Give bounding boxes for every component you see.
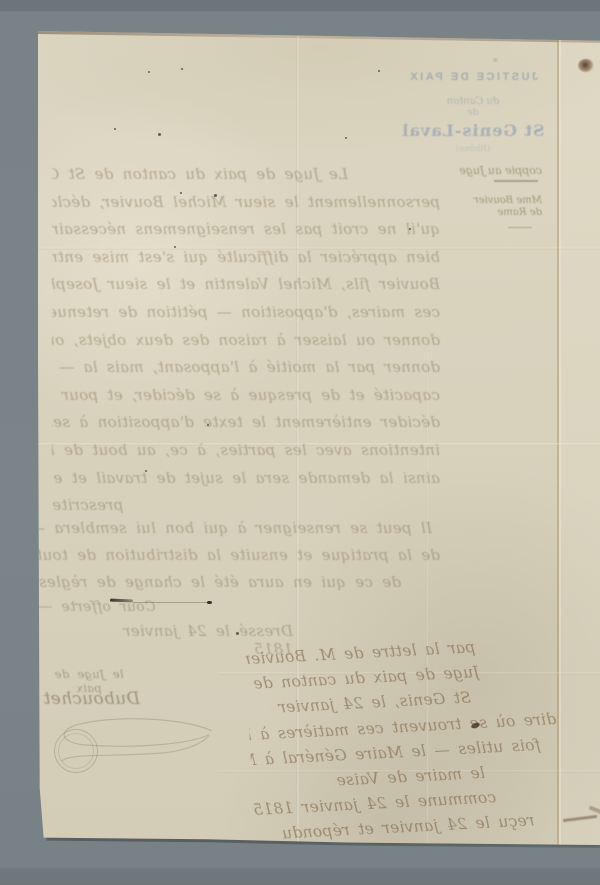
margin-note-line: de Rame xyxy=(444,207,542,218)
top-fold-line xyxy=(38,31,600,43)
margin-note-line: coppie au Juge xyxy=(444,164,542,177)
margin-note-underline xyxy=(494,180,538,182)
pen-scratch xyxy=(133,602,209,603)
ink-speck xyxy=(378,70,380,72)
ink-speck xyxy=(214,194,217,197)
handwriting-line: capacité et de presque à se décider, et … xyxy=(52,382,440,410)
ink-speck xyxy=(207,424,209,426)
handwriting-line: Le Juge de paix du canton de St Genis La… xyxy=(52,161,440,189)
stamp-de: de xyxy=(398,108,548,118)
stamp-canton: du Canton xyxy=(398,96,548,107)
catchword-line: Cour offerte — xyxy=(38,599,440,615)
handwriting-line: donner ou laisser à raison des deux obje… xyxy=(52,327,440,355)
handwriting-line: de la pratique et ensuite la distributio… xyxy=(38,542,440,569)
ink-speck xyxy=(145,470,147,472)
stamp-title: JUSTICE DE PAIX xyxy=(398,71,548,83)
handwriting-line: personnellement le sieur Michel Bouvier,… xyxy=(52,189,440,217)
ink-speck xyxy=(114,128,116,130)
stamp-departement: (Rhône) xyxy=(398,144,548,154)
ink-speck xyxy=(158,133,161,136)
ink-speck xyxy=(180,192,182,194)
ink-speck xyxy=(236,632,239,635)
embossed-seal xyxy=(54,729,98,773)
handwriting-line: donner par la moitié à l'apposant, mais … xyxy=(52,354,440,382)
verso-handwriting: par la lettre de M. Bouvier leJuge de pa… xyxy=(245,631,567,849)
paper-sheet: JUSTICE DE PAIX du Canton de St Genis-La… xyxy=(38,31,600,845)
ink-stain xyxy=(492,57,499,63)
handwriting-line: Il peut se renseigner à qui bon lui semb… xyxy=(38,515,432,542)
stamp-commune: St Genis-Laval xyxy=(398,121,548,140)
handwriting-line: bien apprécier la difficulté qui s'est m… xyxy=(52,244,440,272)
margin-note-line: Mme Bouvier xyxy=(444,195,542,206)
ink-speck xyxy=(148,71,150,73)
ink-speck xyxy=(174,246,176,248)
second-leaf-edge xyxy=(557,39,600,845)
handwriting-line: ces maires, d'apposition — pétition de r… xyxy=(52,299,440,327)
handwriting-line: qu'il ne croit pas les renseignemens néc… xyxy=(52,216,440,244)
margin-annotation: coppie au Juge Mme Bouvier de Rame xyxy=(444,164,542,228)
handwriting-line: ainsi la demande sera le sujet de travai… xyxy=(52,465,440,493)
pen-dot xyxy=(207,601,212,605)
document-scan: JUSTICE DE PAIX du Canton de St Genis-La… xyxy=(0,0,600,885)
closing-handwriting: Il peut se renseigner à qui bon lui semb… xyxy=(38,515,440,596)
body-handwriting: Le Juge de paix du canton de St Genis La… xyxy=(52,161,440,520)
margin-note-dash xyxy=(508,227,532,229)
handwriting-line: intentions avec les parties, à ce, au bo… xyxy=(52,437,440,465)
ink-speck xyxy=(181,68,183,70)
letterhead-stamp: JUSTICE DE PAIX du Canton de St Genis-La… xyxy=(398,71,548,154)
ink-stain xyxy=(578,59,594,72)
handwriting-line: Bouvier fils, Michel Valentin et le sieu… xyxy=(52,271,440,299)
handwriting-line: décider entièrement le texte d'appositio… xyxy=(52,409,440,437)
signature-name: Dubouchet xyxy=(48,689,140,709)
ink-speck xyxy=(409,228,411,230)
handwriting-line: de ce qui en aura été le change de règle… xyxy=(38,569,401,596)
ink-speck xyxy=(345,137,347,139)
